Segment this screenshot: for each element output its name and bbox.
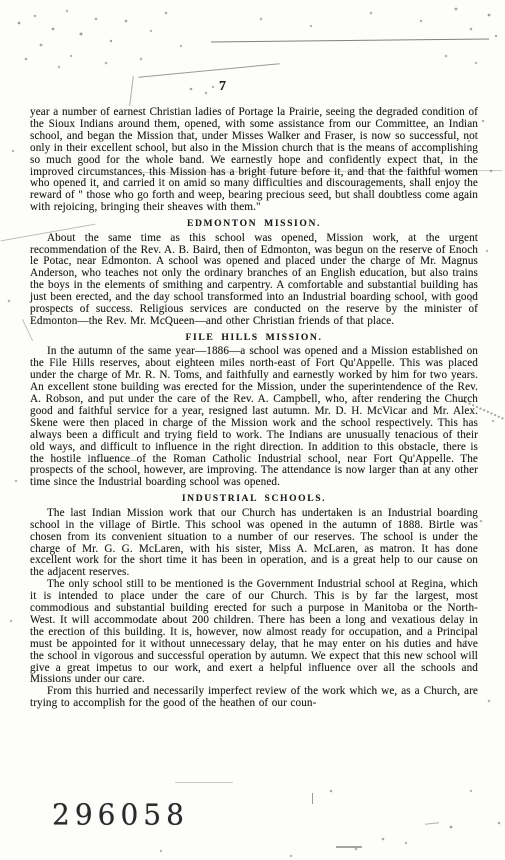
- scan-speckles-artifact: [0, 0, 2, 2]
- accession-stamp-number: 296058: [52, 797, 189, 831]
- text-block: year a number of earnest Christian ladie…: [30, 107, 478, 710]
- scan-mark-artifact: [425, 822, 439, 825]
- paragraph-file-hills-mission: In the autumn of the same year—1886—a sc…: [30, 346, 478, 489]
- scan-line-artifact: [138, 63, 279, 78]
- section-heading-industrial-schools: INDUSTRIAL SCHOOLS.: [30, 493, 478, 505]
- scan-line-artifact: [211, 39, 489, 43]
- page-number: 7: [219, 79, 226, 95]
- paragraph-closing-review: From this hurried and necessarily imperf…: [30, 686, 478, 710]
- scan-mark-artifact: [312, 793, 313, 804]
- section-heading-file-hills-mission: FILE HILLS MISSION.: [30, 332, 478, 344]
- paragraph-portage-continuation: year a number of earnest Christian ladie…: [30, 107, 478, 214]
- scan-underline-artifact: [175, 782, 233, 783]
- scan-mark-artifact: [336, 846, 362, 848]
- scanned-document-page: 7 year a number of earnest Christian lad…: [0, 0, 505, 860]
- scan-line-artifact: [129, 76, 134, 106]
- paragraph-birtle-school: The last Indian Mission work that our Ch…: [30, 508, 478, 579]
- paragraph-regina-school: The only school still to be mentioned is…: [30, 579, 478, 686]
- paragraph-edmonton-mission: About the same time as this school was o…: [30, 233, 478, 328]
- section-heading-edmonton-mission: EDMONTON MISSION.: [30, 218, 478, 230]
